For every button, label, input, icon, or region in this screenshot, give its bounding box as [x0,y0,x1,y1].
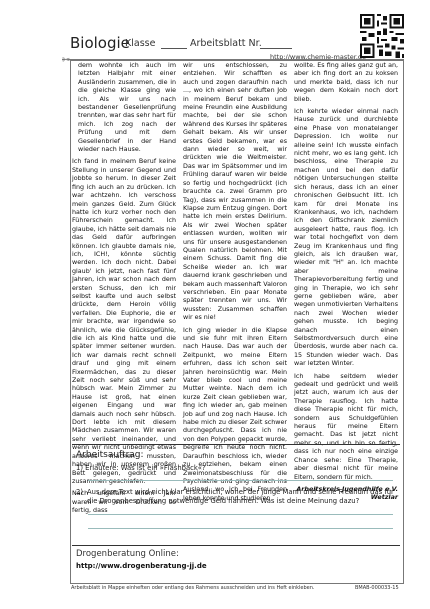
tasks-divider [72,444,400,445]
task-question-2: 2) Aus dem Text wird nicht klar ersichtl… [76,488,396,506]
article-column-1: dem wohnte ich auch im letzten Halbjahr … [72,62,176,442]
qr-code-icon [360,14,404,58]
paragraph: wollte. Es fing alles ganz gut an, aber … [294,62,398,104]
question-number: 1) [76,464,83,472]
drogenberatung-title: Drogenberatung Online: [76,549,179,559]
drogenberatung-divider [72,545,400,546]
paragraph: Ich kehrte wieder einmal nach Hause zurü… [294,108,398,369]
answer-line-3[interactable] [88,528,393,529]
paragraph: Ich fand in meinem Beruf keine Stellung … [72,158,176,486]
question-text: Erläutere: Was ist ein »Flashback«? [85,464,205,472]
footer-instruction: Arbeitsblatt in Mappe einheften oder ent… [71,585,315,591]
article-columns: dem wohnte ich auch im letzten Halbjahr … [72,62,400,442]
question-text: Aus dem Text wird nicht klar ersichtlich… [76,488,396,506]
paragraph: wir uns entschlossen, zu entziehen. Wir … [183,62,287,323]
article-column-2: wir uns entschlossen, zu entziehen. Wir … [183,62,287,442]
klasse-blank [161,48,187,49]
task-question-1: 1) Erläutere: Was ist ein »Flashback«? [76,464,206,472]
answer-line-1[interactable] [88,480,393,481]
footer-code: BMAB-000033-15 [355,585,399,591]
answer-line-2[interactable] [88,514,393,515]
klasse-label: Klasse [125,38,155,49]
article-column-3: wollte. Es fing alles ganz gut an, aber … [294,62,398,442]
drogenberatung-link[interactable]: http://www.drogenberatung-jj.de [76,562,207,570]
paragraph: Ich ging wieder in die Klapse und sie fu… [183,327,287,504]
paragraph: dem wohnte ich auch im letzten Halbjahr … [72,62,176,154]
paragraph: Ich habe seitdem wieder gedealt und gedr… [294,373,398,482]
tasks-title: Arbeitsauftrag: [76,450,144,460]
arbeitsblatt-label: Arbeitsblatt Nr. [190,38,262,49]
question-number: 2) [76,488,83,497]
subject-title: Biologie [70,34,130,52]
arbeitsblatt-blank [260,48,292,49]
